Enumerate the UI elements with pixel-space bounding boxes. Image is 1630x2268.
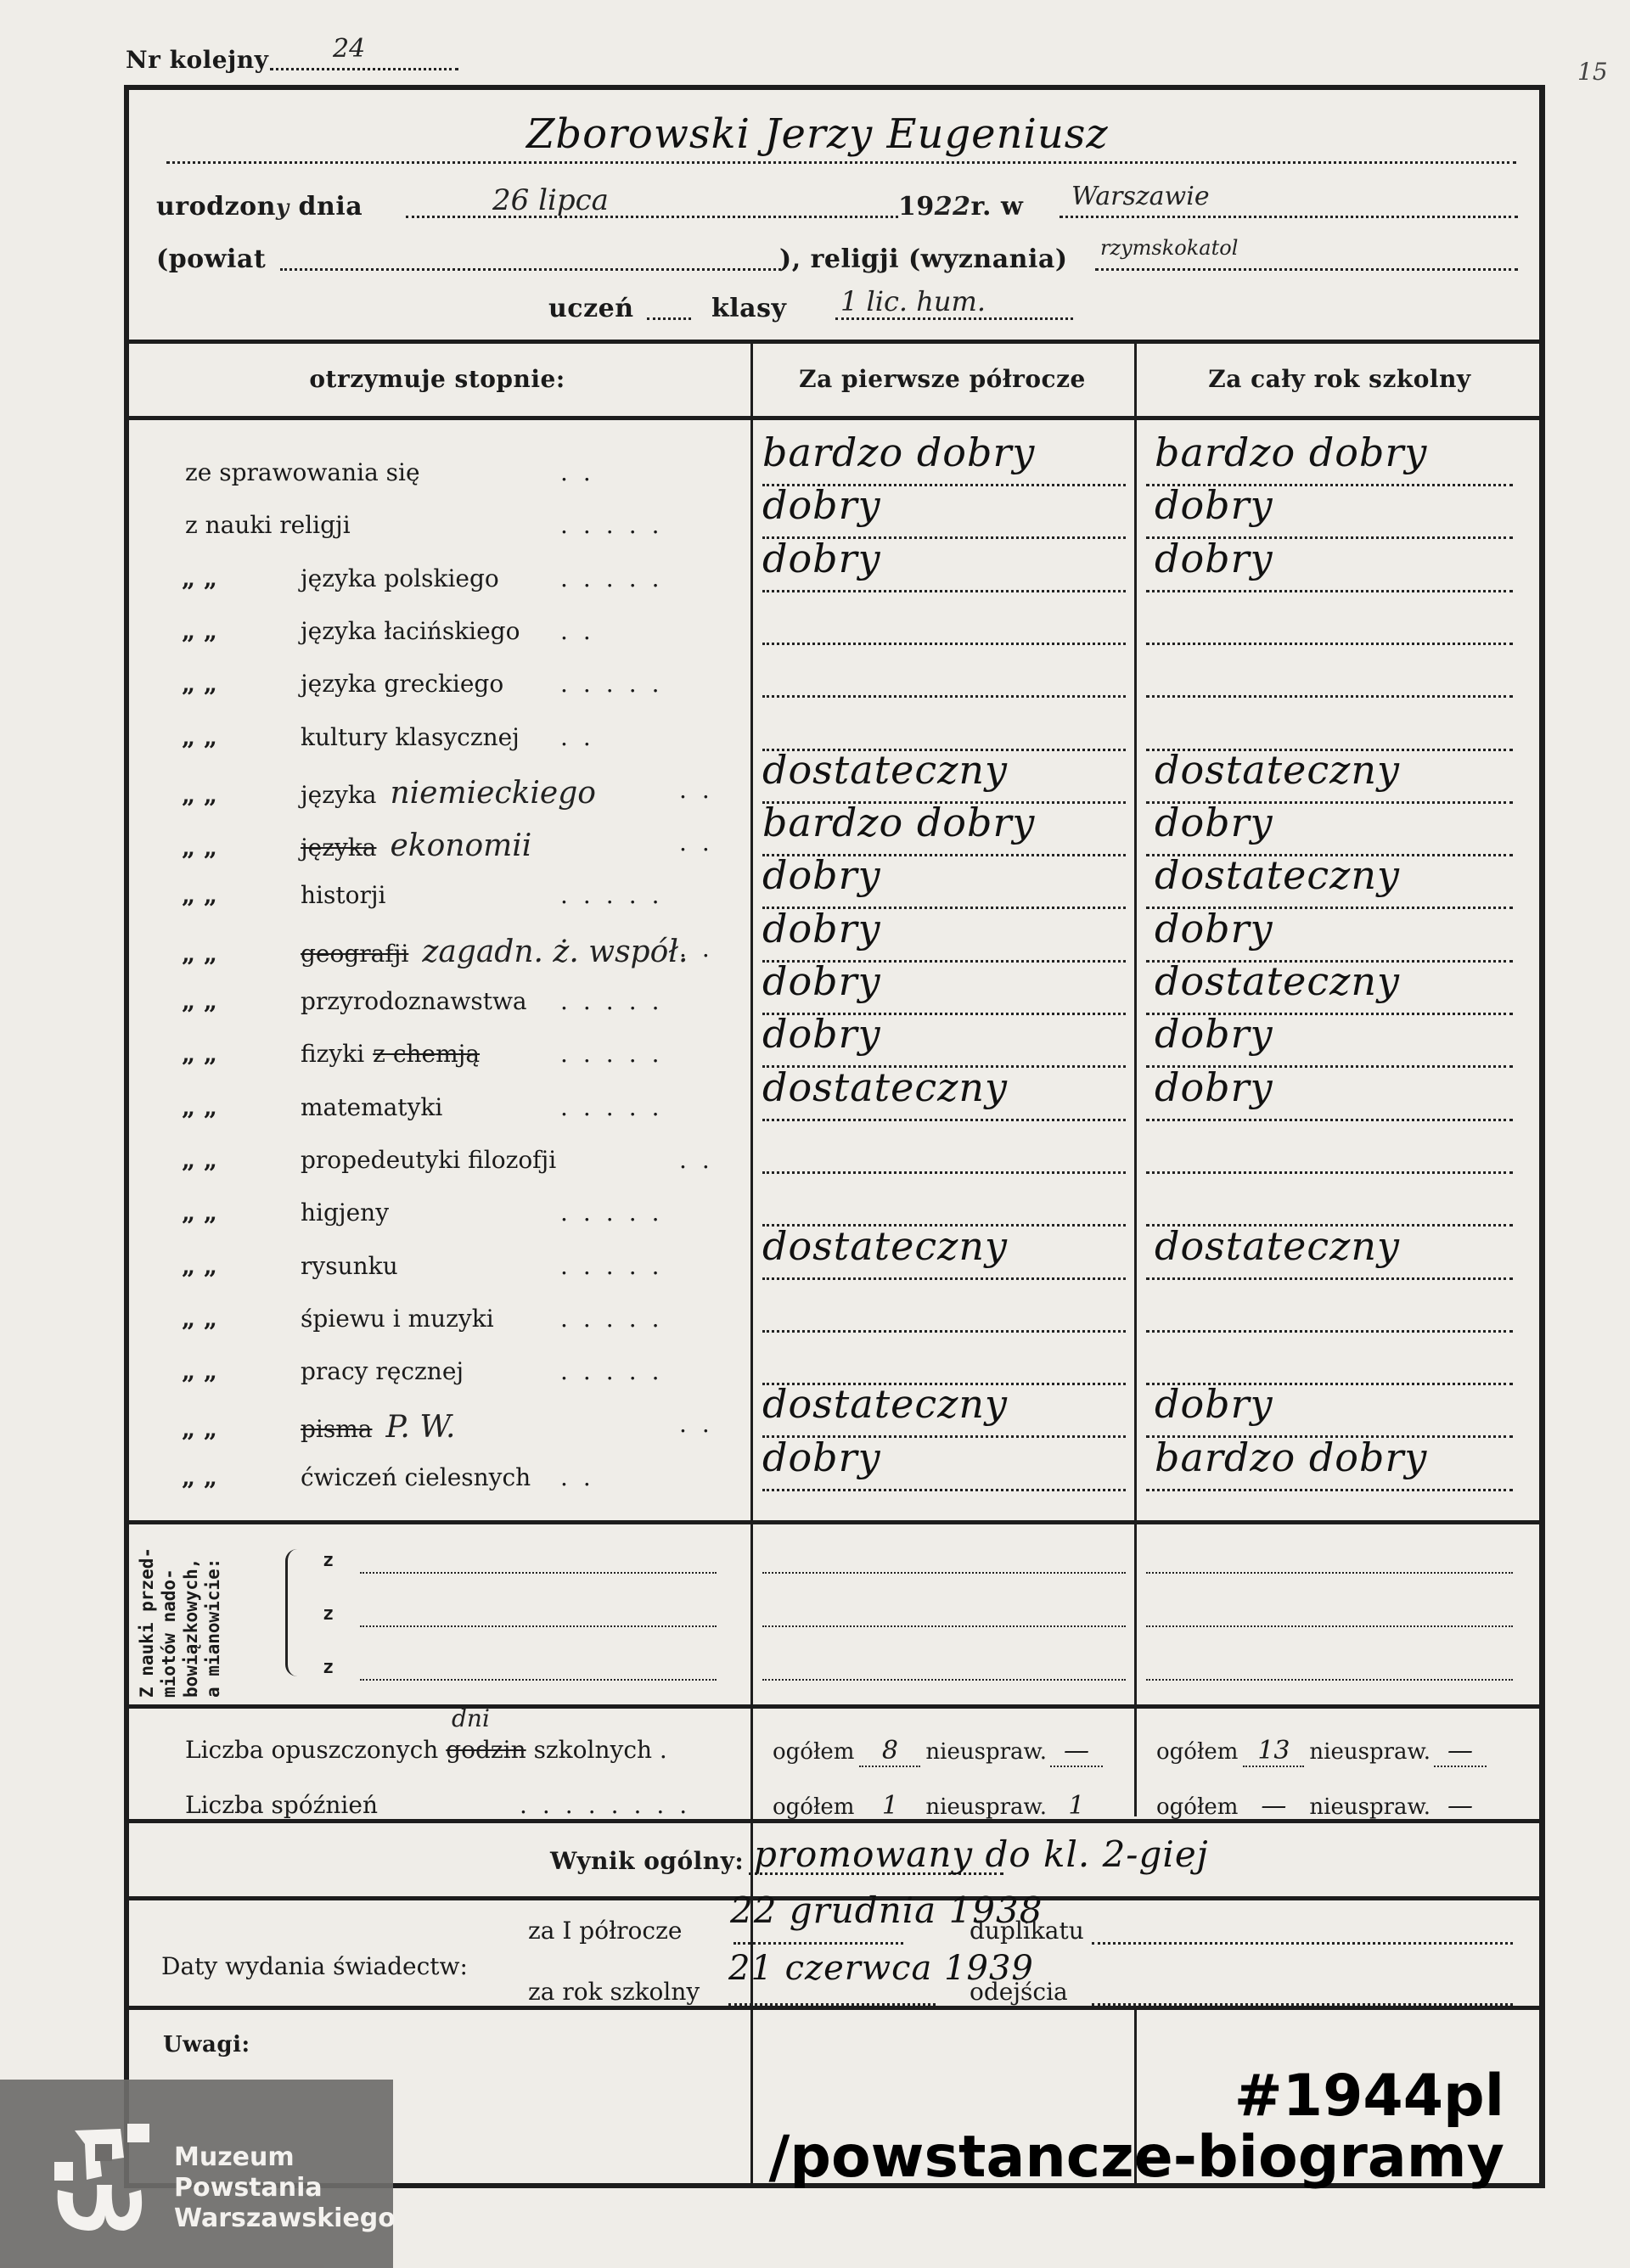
subject-label: „ „języka łacińskiego bbox=[182, 617, 520, 645]
unexcused-label: nieuspraw. bbox=[925, 1739, 1047, 1765]
pupil-label: uczeń bbox=[548, 294, 634, 323]
subject-name: z nauki religji bbox=[185, 511, 351, 539]
optional-z-label: z bbox=[323, 1657, 334, 1678]
optional-z-label: z bbox=[323, 1603, 334, 1625]
ditto-mark: „ „ bbox=[182, 881, 301, 909]
col-header-subject: otrzymuje stopnie: bbox=[124, 365, 750, 393]
subject-name: pracy ręcznej bbox=[301, 1357, 464, 1385]
birth-day-value: 26 lipca bbox=[492, 183, 609, 217]
full-year-grade-line bbox=[1146, 1277, 1513, 1280]
subject-handwritten: P. W. bbox=[386, 1410, 456, 1445]
unexcused-label: nieuspraw. bbox=[1309, 1739, 1430, 1765]
missed-insert: dni bbox=[452, 1704, 490, 1732]
year-value: 22 bbox=[935, 192, 971, 222]
class-line bbox=[835, 317, 1073, 320]
first-half-missed-cell: ogółem8nieuspraw.— bbox=[773, 1736, 1103, 1767]
day-line bbox=[406, 216, 898, 218]
subject-handwritten: zagadn. ż. współ. bbox=[422, 935, 688, 969]
ditto-mark: „ „ bbox=[182, 781, 301, 809]
subject-name: języka polskiego bbox=[301, 564, 499, 592]
duplicate-label: duplikatu bbox=[970, 1917, 1084, 1945]
full-year-grade: dobry bbox=[1155, 906, 1273, 952]
leader-dots: .. bbox=[560, 1463, 606, 1491]
full-year-date-label: za rok szkolny bbox=[528, 1978, 700, 2006]
full-year-grade-line bbox=[1146, 1330, 1513, 1333]
ditto-mark: „ „ bbox=[182, 1305, 301, 1333]
ditto-mark: „ „ bbox=[182, 1415, 301, 1443]
leader-dots: ..... bbox=[560, 670, 675, 698]
subject-name: języka greckiego bbox=[301, 670, 503, 698]
optional-subject-line bbox=[360, 1679, 717, 1681]
optional-full-year-line bbox=[1146, 1625, 1513, 1627]
leader-dots: ..... bbox=[560, 564, 675, 592]
total-label: ogółem bbox=[773, 1739, 854, 1765]
powiat-line bbox=[280, 268, 781, 271]
col-header-full-year: Za cały rok szkolny bbox=[1134, 365, 1545, 393]
first-half-grade-line bbox=[762, 1489, 1126, 1491]
optional-first-half-line bbox=[762, 1625, 1126, 1627]
ditto-mark: „ „ bbox=[182, 617, 301, 645]
corner-page-mark: 15 bbox=[1577, 58, 1608, 86]
full-year-grade: dostateczny bbox=[1155, 958, 1400, 1004]
leave-label: odejścia bbox=[970, 1978, 1068, 2006]
full-year-grade-line bbox=[1146, 590, 1513, 592]
subject-name: ćwiczeń cielesnych bbox=[301, 1463, 531, 1491]
full-year-grade: dobry bbox=[1155, 482, 1273, 528]
absences-top-rule bbox=[124, 1704, 1545, 1709]
total-label: ogółem bbox=[773, 1794, 854, 1820]
column-divider-1 bbox=[750, 340, 753, 2007]
optional-side-label-line: a mianowicie: bbox=[202, 1528, 224, 1698]
ditto-mark: „ „ bbox=[182, 987, 301, 1015]
student-name: Zborowski Jerzy Eugeniusz bbox=[526, 110, 1109, 158]
leader-dots: ..... bbox=[560, 1040, 675, 1068]
first-half-grade-line bbox=[762, 1171, 1126, 1174]
name-line bbox=[166, 161, 1516, 164]
first-half-late-cell: ogółem1nieuspraw.1 bbox=[773, 1791, 1103, 1822]
optional-first-half-line bbox=[762, 1572, 1126, 1574]
optional-side-label-line: miotów nado- bbox=[158, 1528, 180, 1698]
full-year-grade-line bbox=[1146, 1489, 1513, 1491]
full-year-grade: dobry bbox=[1155, 1064, 1273, 1110]
subject-name: języka bbox=[301, 781, 376, 809]
full-year-late-total: — bbox=[1243, 1791, 1304, 1822]
leader-dots: .. bbox=[560, 458, 606, 486]
powiat-label: (powiat bbox=[156, 244, 266, 274]
col-header-first-half: Za pierwsze półrocze bbox=[750, 365, 1134, 393]
born-suffix: y bbox=[276, 195, 289, 221]
leader-dots: ..... bbox=[560, 881, 675, 909]
ditto-mark: „ „ bbox=[182, 1357, 301, 1385]
full-year-grade: dostateczny bbox=[1155, 852, 1400, 898]
subject-handwritten: ekonomii bbox=[390, 828, 531, 863]
subject-label: „ „fizykiz chemją bbox=[182, 1040, 480, 1068]
optional-first-half-line bbox=[762, 1679, 1126, 1681]
first-half-missed-unexcused: — bbox=[1050, 1736, 1103, 1767]
ditto-mark: „ „ bbox=[182, 1199, 301, 1227]
duplicate-line bbox=[1092, 1942, 1513, 1945]
subject-name: pisma bbox=[301, 1415, 373, 1443]
optional-subject-line bbox=[360, 1625, 717, 1627]
subject-label: „ „higjeny bbox=[182, 1199, 389, 1227]
pupil-line bbox=[647, 317, 691, 320]
subject-name: fizyki bbox=[301, 1040, 364, 1068]
ditto-mark: „ „ bbox=[182, 1093, 301, 1121]
subject-name: języka bbox=[301, 834, 376, 862]
first-half-grade-line bbox=[762, 643, 1126, 645]
full-year-missed-cell: ogółem13nieuspraw.— bbox=[1156, 1736, 1487, 1767]
full-year-grade-line bbox=[1146, 1119, 1513, 1121]
subject-label: „ „matematyki bbox=[182, 1093, 442, 1121]
museum-logo-box: MuzeumPowstaniaWarszawskiego bbox=[0, 2080, 393, 2268]
religion-value: rzymskokatol bbox=[1100, 236, 1238, 260]
first-half-date-label: za I półrocze bbox=[528, 1917, 682, 1945]
subject-name: kultury klasycznej bbox=[301, 723, 520, 751]
result-top-rule bbox=[124, 1819, 1545, 1823]
ditto-mark: „ „ bbox=[182, 834, 301, 862]
first-half-grade: dobry bbox=[762, 958, 881, 1004]
full-year-grade-line bbox=[1146, 1171, 1513, 1174]
full-year-grade: dobry bbox=[1155, 536, 1273, 581]
subject-label: „ „propedeutyki filozofji bbox=[182, 1146, 556, 1174]
optional-subject-line bbox=[360, 1572, 717, 1574]
subject-name: przyrodoznawstwa bbox=[301, 987, 527, 1015]
first-half-grade-line bbox=[762, 1119, 1126, 1121]
first-half-grade: dostateczny bbox=[762, 1223, 1008, 1269]
total-label: ogółem bbox=[1156, 1794, 1238, 1820]
ditto-mark: „ „ bbox=[182, 940, 301, 968]
leader-dots: ..... bbox=[560, 511, 675, 539]
first-half-grade-line bbox=[762, 695, 1126, 698]
first-half-grade: dobry bbox=[762, 536, 881, 581]
birth-place-value: Warszawie bbox=[1071, 182, 1210, 211]
full-year-grade: dobry bbox=[1155, 1011, 1273, 1057]
subject-label: „ „śpiewu i muzyki bbox=[182, 1305, 494, 1333]
subject-label: „ „przyrodoznawstwa bbox=[182, 987, 527, 1015]
leader-dots: .. bbox=[679, 935, 725, 963]
optional-side-label-line: bowiązkowych, bbox=[180, 1528, 202, 1698]
full-year-late-unexcused: — bbox=[1434, 1791, 1487, 1822]
subject-label: „ „kultury klasycznej bbox=[182, 723, 520, 751]
serial-number-value: 24 bbox=[333, 34, 365, 64]
header-top-rule bbox=[124, 340, 1545, 344]
missed-label-a: Liczba opuszczonych bbox=[185, 1736, 438, 1764]
full-year-grade-line bbox=[1146, 695, 1513, 698]
birth-year: 1922r. w bbox=[898, 192, 1023, 222]
subject-label: „ „rysunku bbox=[182, 1252, 398, 1280]
subject-label: „ „geografjizagadn. ż. współ. bbox=[182, 935, 688, 969]
museum-name-line: Warszawskiego bbox=[174, 2203, 396, 2234]
subject-label: z nauki religji bbox=[185, 511, 351, 539]
dates-label: Daty wydania świadectw: bbox=[161, 1952, 468, 1980]
subject-name: historji bbox=[301, 881, 386, 909]
subject-name: języka łacińskiego bbox=[301, 617, 520, 645]
optional-top-rule bbox=[124, 1520, 1545, 1524]
leader-dots: .. bbox=[679, 1410, 725, 1438]
first-half-grade: dostateczny bbox=[762, 1064, 1008, 1110]
late-label: Liczba spóźnień bbox=[185, 1791, 378, 1819]
day-label: dnia bbox=[299, 192, 363, 222]
missed-struck-word: godzin bbox=[446, 1736, 526, 1764]
leader-dots: ..... bbox=[560, 1199, 675, 1227]
first-half-grade: bardzo dobry bbox=[762, 429, 1035, 475]
born-label-text: urodzon bbox=[156, 192, 276, 222]
subject-name: geografji bbox=[301, 940, 408, 968]
first-half-grade: dobry bbox=[762, 906, 881, 952]
hashtag-text: #1944pl bbox=[1234, 2063, 1504, 2130]
leader-dots: ..... bbox=[560, 987, 675, 1015]
serial-number-line bbox=[270, 68, 458, 70]
column-divider-2 bbox=[1134, 340, 1137, 1816]
subject-name: śpiewu i muzyki bbox=[301, 1305, 494, 1333]
first-half-grade: dostateczny bbox=[762, 747, 1008, 793]
ditto-mark: „ „ bbox=[182, 1463, 301, 1491]
late-label-dots: ........ bbox=[520, 1791, 702, 1819]
optional-side-label: Z nauki przed-miotów nado-bowiązkowych,a… bbox=[136, 1528, 289, 1698]
subject-label: „ „języka greckiego bbox=[182, 670, 503, 698]
ditto-mark: „ „ bbox=[182, 1040, 301, 1068]
full-year-grade: dobry bbox=[1155, 1381, 1273, 1427]
leader-dots: .. bbox=[679, 1146, 725, 1174]
born-label: urodzony dnia bbox=[156, 192, 363, 222]
optional-z-label: z bbox=[323, 1550, 334, 1571]
ditto-mark: „ „ bbox=[182, 564, 301, 592]
full-year-late-cell: ogółem—nieuspraw.— bbox=[1156, 1791, 1487, 1822]
remarks-top-rule bbox=[124, 2006, 1545, 2010]
museum-name-line: Powstania bbox=[174, 2173, 396, 2203]
result-value: promowany do kl. 2-giej bbox=[754, 1833, 1209, 1875]
leader-dots: .. bbox=[560, 723, 606, 751]
column-divider-1-remarks bbox=[750, 2007, 753, 2188]
full-year-grade: dobry bbox=[1155, 800, 1273, 845]
first-half-grade: dobry bbox=[762, 1434, 881, 1480]
first-half-grade: dostateczny bbox=[762, 1381, 1008, 1427]
subject-label: „ „pracy ręcznej bbox=[182, 1357, 464, 1385]
museum-name: MuzeumPowstaniaWarszawskiego bbox=[174, 2142, 396, 2234]
subject-name: propedeutyki filozofji bbox=[301, 1146, 556, 1174]
ditto-mark: „ „ bbox=[182, 723, 301, 751]
subject-name: ze sprawowania się bbox=[185, 458, 420, 486]
first-half-late-total: 1 bbox=[859, 1791, 920, 1822]
subject-label: ze sprawowania się bbox=[185, 458, 420, 486]
leader-dots: ..... bbox=[560, 1305, 675, 1333]
leader-dots: .. bbox=[679, 776, 725, 804]
class-value: 1 lic. hum. bbox=[840, 285, 986, 317]
ditto-mark: „ „ bbox=[182, 670, 301, 698]
leader-dots: .. bbox=[679, 828, 725, 856]
first-half-grade: dobry bbox=[762, 482, 881, 528]
leader-dots: ..... bbox=[560, 1252, 675, 1280]
place-line bbox=[1059, 216, 1518, 218]
unexcused-label: nieuspraw. bbox=[1309, 1794, 1430, 1820]
subject-label: „ „językaekonomii bbox=[182, 828, 531, 863]
optional-full-year-line bbox=[1146, 1572, 1513, 1574]
serial-number-label: Nr kolejny bbox=[126, 46, 268, 74]
optional-side-label-line: Z nauki przed- bbox=[136, 1528, 158, 1698]
biogram-path-text: /powstancze-biogramy bbox=[768, 2124, 1504, 2191]
religion-label: ), religji (wyznania) bbox=[779, 244, 1068, 274]
first-half-grade-line bbox=[762, 1330, 1126, 1333]
year-suffix: r. w bbox=[971, 192, 1024, 222]
first-half-grade: dobry bbox=[762, 1011, 881, 1057]
full-year-missed-unexcused: — bbox=[1434, 1736, 1487, 1767]
optional-brace bbox=[285, 1549, 301, 1676]
subject-label: „ „pismaP. W. bbox=[182, 1410, 455, 1445]
missed-days-label: Liczba opuszczonych godzin szkolnych . bbox=[185, 1736, 667, 1764]
subject-name: higjeny bbox=[301, 1199, 389, 1227]
museum-name-line: Muzeum bbox=[174, 2142, 396, 2173]
optional-full-year-line bbox=[1146, 1679, 1513, 1681]
remarks-label: Uwagi: bbox=[163, 2032, 250, 2057]
first-half-date-line bbox=[733, 1942, 903, 1945]
first-half-missed-total: 8 bbox=[859, 1736, 920, 1767]
full-year-missed-total: 13 bbox=[1243, 1736, 1304, 1767]
missed-label-b: szkolnych . bbox=[534, 1736, 667, 1764]
full-year-grade: bardzo dobry bbox=[1155, 429, 1427, 475]
ditto-mark: „ „ bbox=[182, 1146, 301, 1174]
subject-handwritten: niemieckiego bbox=[390, 776, 595, 811]
subject-name: matematyki bbox=[301, 1093, 442, 1121]
first-half-late-unexcused: 1 bbox=[1050, 1791, 1103, 1822]
full-year-grade-line bbox=[1146, 643, 1513, 645]
first-half-grade: dobry bbox=[762, 852, 881, 898]
class-label: klasy bbox=[711, 294, 786, 323]
header-bottom-rule bbox=[124, 416, 1545, 420]
subject-label: „ „językaniemieckiego bbox=[182, 776, 596, 811]
full-year-grade: bardzo dobry bbox=[1155, 1434, 1427, 1480]
leader-dots: ..... bbox=[560, 1357, 675, 1385]
result-label: Wynik ogólny: bbox=[550, 1847, 744, 1875]
first-half-grade-line bbox=[762, 1277, 1126, 1280]
kotwica-anchor-icon bbox=[51, 2124, 153, 2234]
unexcused-label: nieuspraw. bbox=[925, 1794, 1047, 1820]
subject-label: „ „historji bbox=[182, 881, 386, 909]
first-half-grade-line bbox=[762, 590, 1126, 592]
ditto-mark: „ „ bbox=[182, 1252, 301, 1280]
subject-name: rysunku bbox=[301, 1252, 398, 1280]
leader-dots: ..... bbox=[560, 1093, 675, 1121]
full-year-grade: dostateczny bbox=[1155, 1223, 1400, 1269]
full-year-grade: dostateczny bbox=[1155, 747, 1400, 793]
first-half-grade: bardzo dobry bbox=[762, 800, 1035, 845]
leader-dots: .. bbox=[560, 617, 606, 645]
total-label: ogółem bbox=[1156, 1739, 1238, 1765]
subject-label: „ „ćwiczeń cielesnych bbox=[182, 1463, 531, 1491]
religion-line bbox=[1095, 268, 1518, 271]
subject-label: „ „języka polskiego bbox=[182, 564, 499, 592]
year-prefix: 19 bbox=[898, 192, 935, 222]
subject-struck-suffix: z chemją bbox=[373, 1040, 480, 1068]
